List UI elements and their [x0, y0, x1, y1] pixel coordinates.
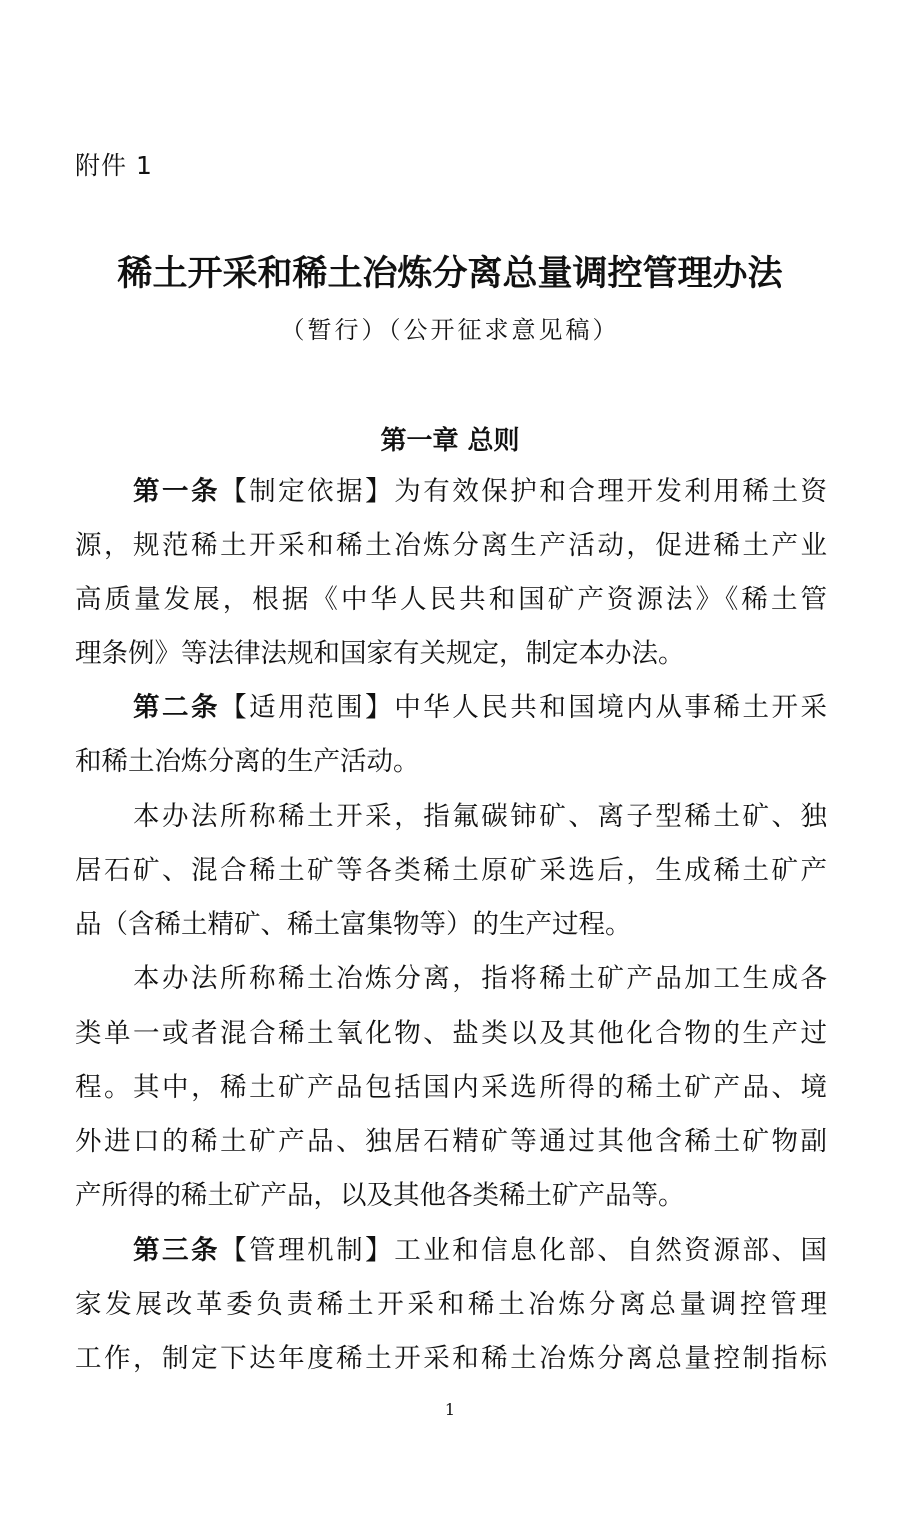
article-3-line-1: 第三条【管理机制】工业和信息化部、自然资源部、国	[133, 1235, 827, 1267]
article-2-number: 第二条	[133, 692, 220, 723]
mining-def-line-1: 本办法所称稀土开采，指氟碳铈矿、离子型稀土矿、独	[133, 801, 827, 833]
article-2-tag: 【适用范围】	[220, 692, 394, 723]
article-3-tag: 【管理机制】	[220, 1235, 394, 1266]
article-2-line-2: 和稀土冶炼分离的生产活动。	[75, 746, 827, 778]
attachment-label: 附件 1	[75, 146, 153, 182]
article-1-line-4: 理条例》等法律法规和国家有关规定，制定本办法。	[75, 638, 827, 670]
article-1-number: 第一条	[133, 476, 220, 507]
article-2-line-1: 第二条【适用范围】中华人民共和国境内从事稀土开采	[133, 692, 827, 724]
smelting-def-line-2: 类单一或者混合稀土氧化物、盐类以及其他化合物的生产过	[75, 1018, 827, 1050]
chapter-heading: 第一章 总则	[0, 420, 900, 457]
article-3-line-2: 家发展改革委负责稀土开采和稀土冶炼分离总量调控管理	[75, 1289, 827, 1321]
article-3-line-3: 工作，制定下达年度稀土开采和稀土冶炼分离总量控制指标	[75, 1343, 827, 1375]
article-1-tag: 【制定依据】	[220, 476, 394, 507]
smelting-def-line-3: 程。其中，稀土矿产品包括国内采选所得的稀土矿产品、境	[75, 1072, 827, 1104]
mining-def-line-2: 居石矿、混合稀土矿等各类稀土原矿采选后，生成稀土矿产	[75, 855, 827, 887]
mining-def-line-3: 品（含稀土精矿、稀土富集物等）的生产过程。	[75, 909, 827, 941]
smelting-def-line-5: 产所得的稀土矿产品，以及其他各类稀土矿产品等。	[75, 1180, 827, 1212]
document-page: 附件 1 稀土开采和稀土冶炼分离总量调控管理办法 （暂行）（公开征求意见稿） 第…	[0, 0, 900, 1527]
document-title: 稀土开采和稀土冶炼分离总量调控管理办法	[0, 246, 900, 296]
document-subtitle: （暂行）（公开征求意见稿）	[0, 310, 900, 345]
page-number: 1	[0, 1400, 900, 1419]
smelting-def-line-4: 外进口的稀土矿产品、独居石精矿等通过其他含稀土矿物副	[75, 1126, 827, 1158]
article-1-line-1: 第一条【制定依据】为有效保护和合理开发利用稀土资	[133, 476, 827, 508]
article-3-number: 第三条	[133, 1235, 220, 1266]
article-1-line-2: 源，规范稀土开采和稀土冶炼分离生产活动，促进稀土产业	[75, 530, 827, 562]
article-1-line-3: 高质量发展，根据《中华人民共和国矿产资源法》《稀土管	[75, 584, 827, 616]
smelting-def-line-1: 本办法所称稀土冶炼分离，指将稀土矿产品加工生成各	[133, 963, 827, 995]
